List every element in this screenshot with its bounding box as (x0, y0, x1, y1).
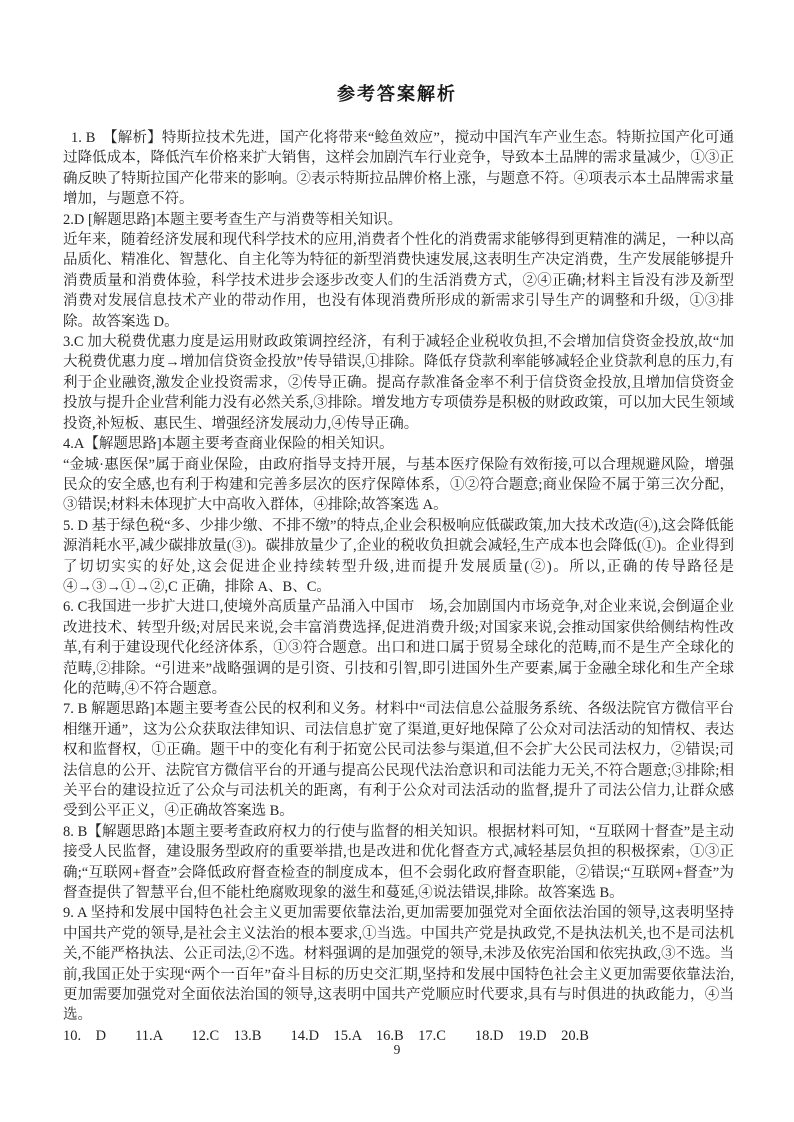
answer-explanations: 1. B 【解析】特斯拉技术先进，国产化将带来“鲶鱼效应”，搅动中国汽车产业生态… (0, 128, 794, 1046)
page-title: 参考答案解析 (0, 0, 794, 106)
answer-item-2-header: 2.D [解题思路]本题主要考查生产与消费等相关知识。 (63, 210, 734, 230)
answer-item-2-body: 近年来，随着经济发展和现代科学技术的应用,消费者个性化的消费需求能够得到更精准的… (63, 230, 734, 332)
document-page: 参考答案解析 1. B 【解析】特斯拉技术先进，国产化将带来“鲶鱼效应”，搅动中… (0, 0, 794, 1122)
page-number: 9 (0, 1042, 794, 1058)
answer-item-8: 8. B【解题思路]本题主要考查政府权力的行使与监督的相关知识。根据材料可知，“… (63, 822, 734, 904)
answer-item-4-header: 4.A【解题思路]本题主要考查商业保险的相关知识。 (63, 434, 734, 454)
answer-item-5: 5. D 基于绿色税“多、少排少缴、不排不缴”的特点,企业会积极响应低碳政策,加… (63, 516, 734, 598)
answer-item-3: 3.C 加大税费优惠力度是运用财政政策调控经济，有利于减轻企业税收负担,不会增加… (63, 332, 734, 434)
answer-item-9: 9. A 坚持和发展中国特色社会主义更加需要依靠法治,更加需要加强党对全面依法治… (63, 903, 734, 1025)
answer-item-7: 7. B 解题思路]本题主要考查公民的权利和义务。材料中“司法信息公益服务系统、… (63, 699, 734, 821)
answer-item-1: 1. B 【解析】特斯拉技术先进，国产化将带来“鲶鱼效应”，搅动中国汽车产业生态… (63, 128, 734, 210)
answer-item-6: 6. C我国进一步扩大进口,使境外高质量产品涌入中国市 场,会加剧国内市场竞争,… (63, 597, 734, 699)
answer-item-4-body: “金城·惠医保”属于商业保险，由政府指导支持开展，与基本医疗保险有效衔接,可以合… (63, 455, 734, 516)
